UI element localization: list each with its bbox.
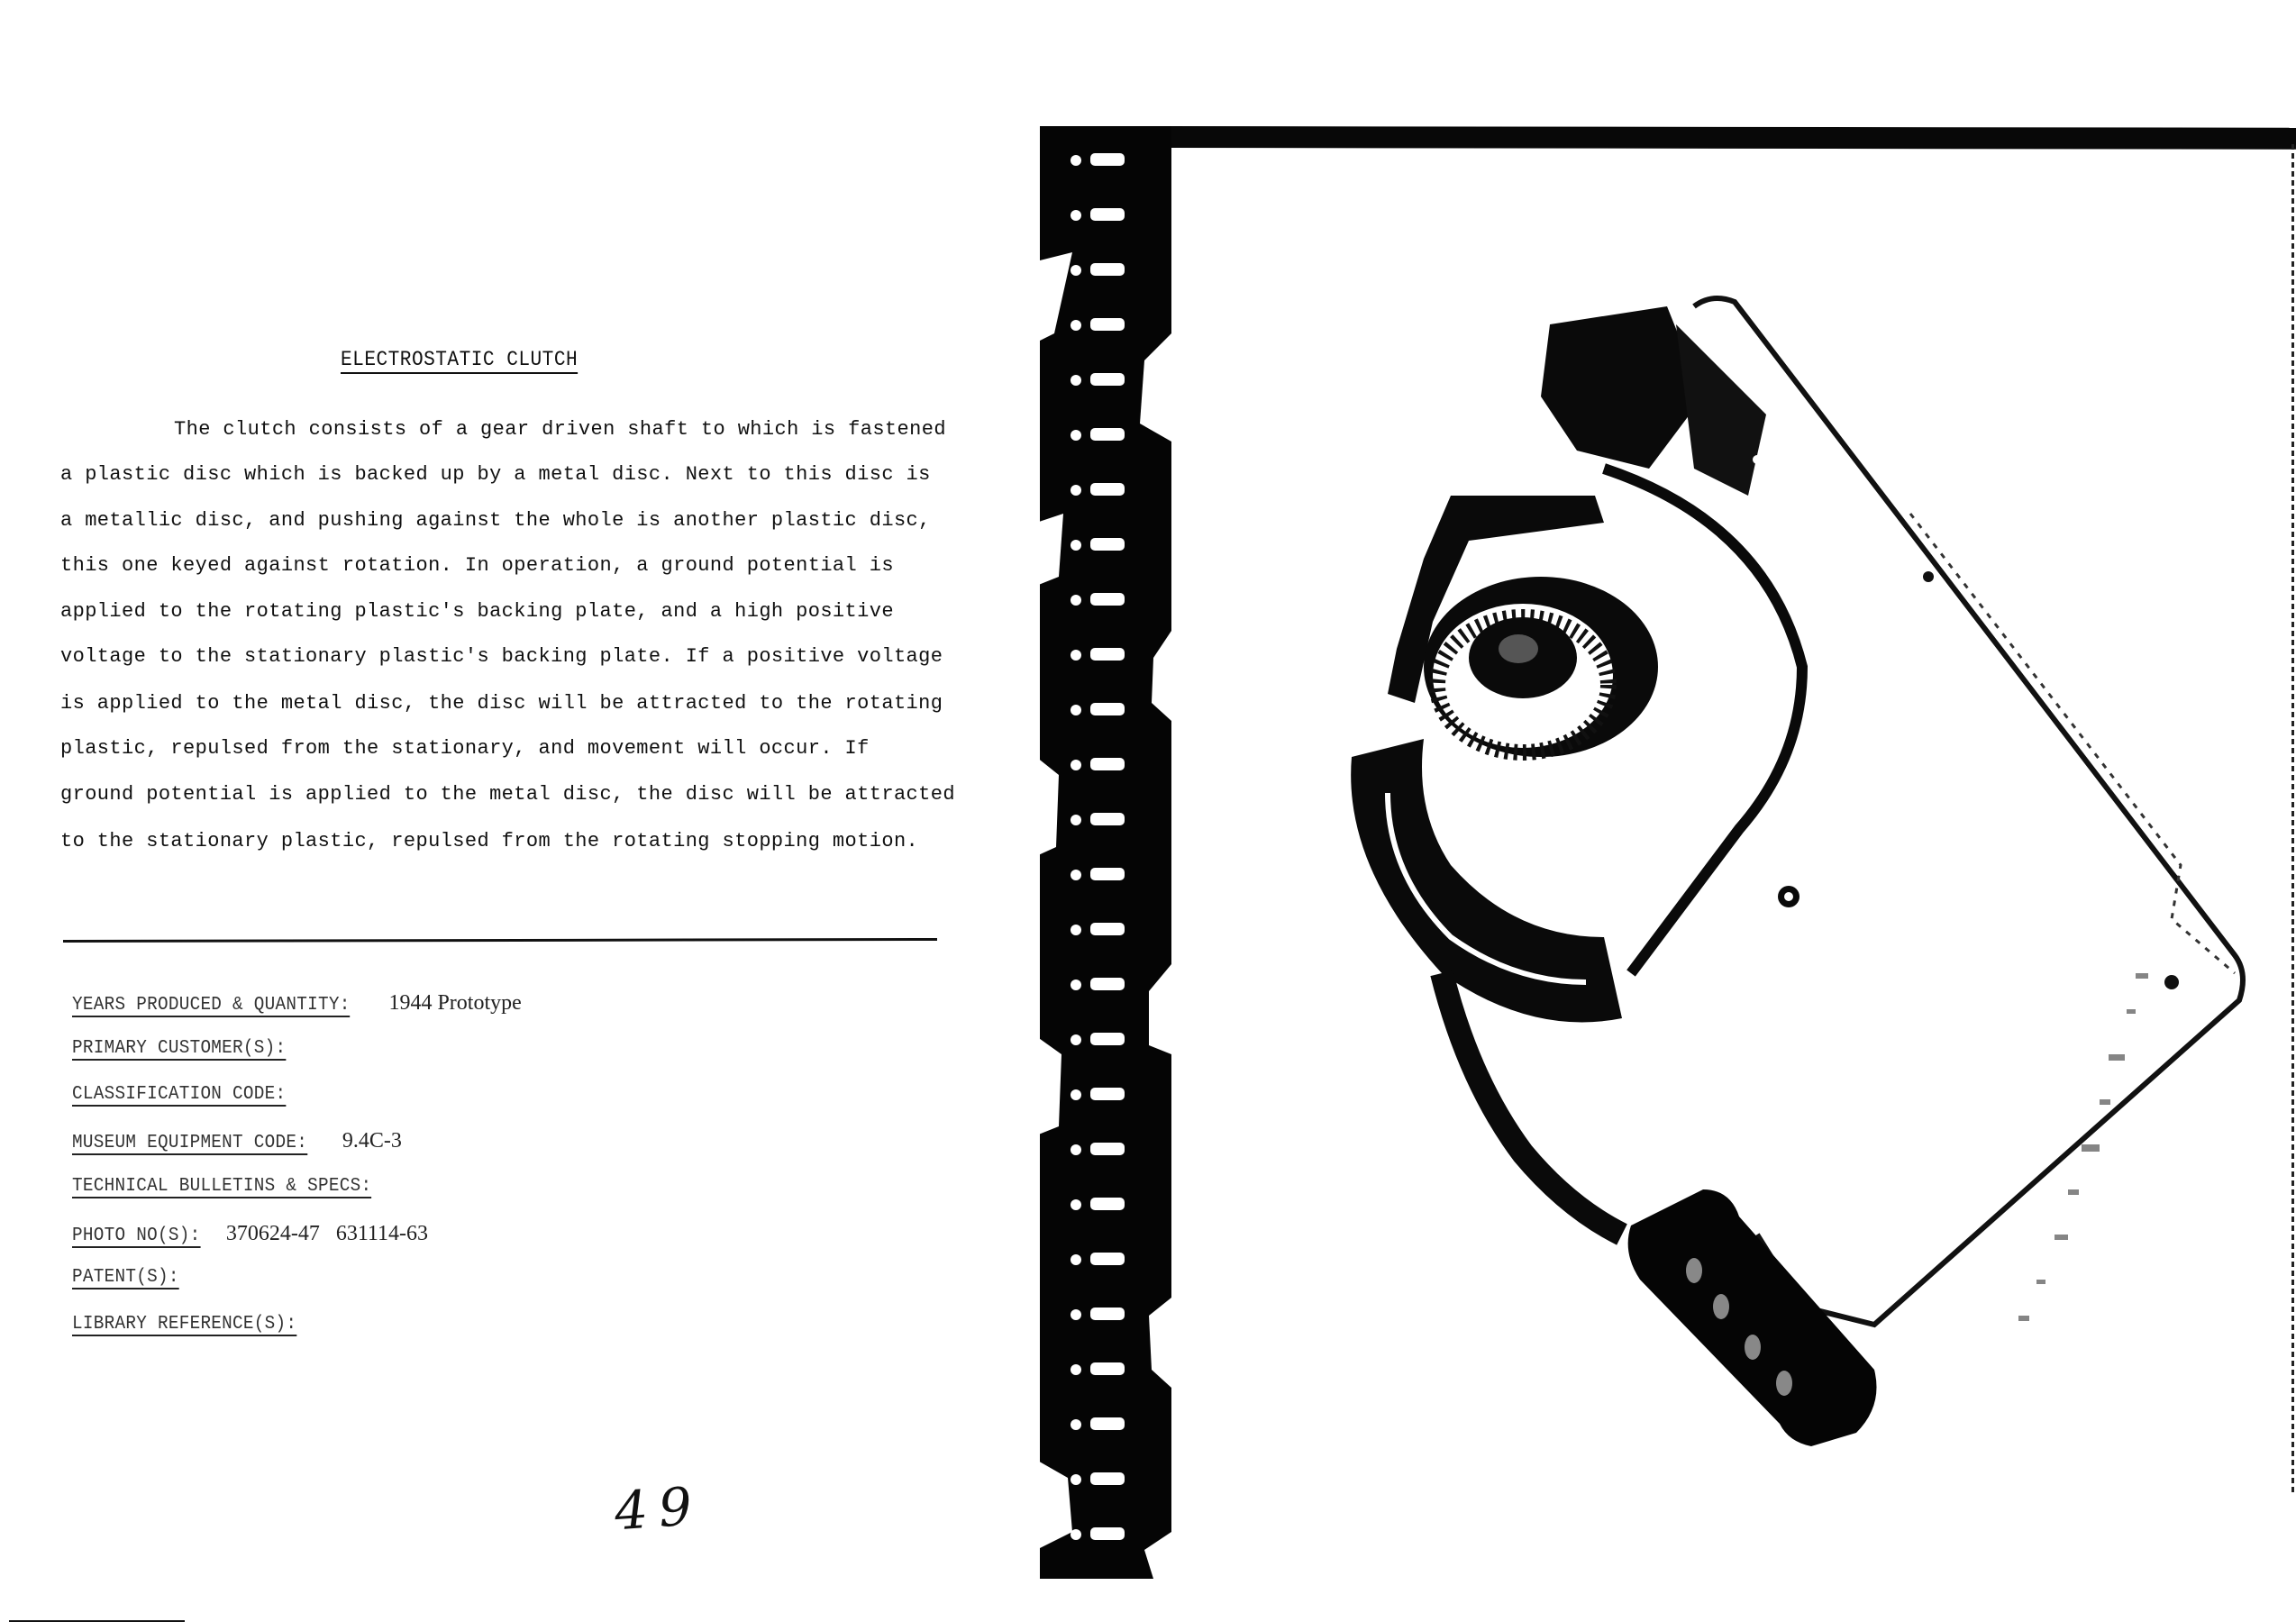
paragraph-line: ground potential is applied to the metal…: [60, 783, 955, 806]
field-label: YEARS PRODUCED & QUANTITY:: [72, 995, 351, 1017]
field-museum-equipment-code: MUSEUM EQUIPMENT CODE: 9.4C-3: [72, 1129, 402, 1155]
paragraph-line: is applied to the metal disc, the disc w…: [60, 692, 943, 715]
field-photo-numbers: PHOTO NO(S): 370624-47 631114-63: [72, 1222, 428, 1248]
field-technical-bulletins: TECHNICAL BULLETINS & SPECS:: [72, 1176, 412, 1198]
field-label: CLASSIFICATION CODE:: [72, 1084, 286, 1107]
paragraph-line: voltage to the stationary plastic's back…: [60, 645, 943, 668]
section-divider: [63, 938, 937, 943]
field-label: PATENT(S):: [72, 1267, 179, 1289]
paragraph-line: this one keyed against rotation. In oper…: [60, 554, 894, 577]
device-photo: [1334, 288, 2253, 1460]
document-title: ELECTROSTATIC CLUTCH: [341, 348, 578, 374]
field-library-references: LIBRARY REFERENCE(S):: [72, 1314, 331, 1336]
field-primary-customers: PRIMARY CUSTOMER(S):: [72, 1038, 319, 1061]
field-label: PRIMARY CUSTOMER(S):: [72, 1038, 286, 1061]
field-value: 9.4C-3: [342, 1129, 402, 1153]
field-patents: PATENT(S):: [72, 1267, 203, 1289]
field-label: LIBRARY REFERENCE(S):: [72, 1314, 296, 1336]
paragraph-line: a metallic disc, and pushing against the…: [60, 509, 931, 532]
field-classification-code: CLASSIFICATION CODE:: [72, 1084, 319, 1107]
paragraph-line: applied to the rotating plastic's backin…: [60, 600, 894, 623]
field-value: 1944 Prototype: [388, 991, 521, 1016]
paragraph-line: The clutch consists of a gear driven sha…: [174, 418, 946, 441]
spiral-binding-icon: [1036, 126, 1176, 1579]
page-top-edge: [1171, 126, 2296, 150]
page-number: 49: [613, 1475, 705, 1543]
field-value: 370624-47 631114-63: [226, 1222, 428, 1246]
field-label: MUSEUM EQUIPMENT CODE:: [72, 1133, 307, 1155]
field-years-produced: YEARS PRODUCED & QUANTITY: 1944 Prototyp…: [72, 991, 522, 1017]
page-right-edge: [2291, 144, 2294, 1496]
field-label: PHOTO NO(S):: [72, 1226, 200, 1248]
field-label: TECHNICAL BULLETINS & SPECS:: [72, 1176, 371, 1198]
left-page: ELECTROSTATIC CLUTCH The clutch consists…: [0, 0, 1009, 1622]
paragraph-line: plastic, repulsed from the stationary, a…: [60, 737, 870, 760]
paragraph-line: to the stationary plastic, repulsed from…: [60, 830, 918, 852]
paragraph-line: a plastic disc which is backed up by a m…: [60, 463, 931, 486]
